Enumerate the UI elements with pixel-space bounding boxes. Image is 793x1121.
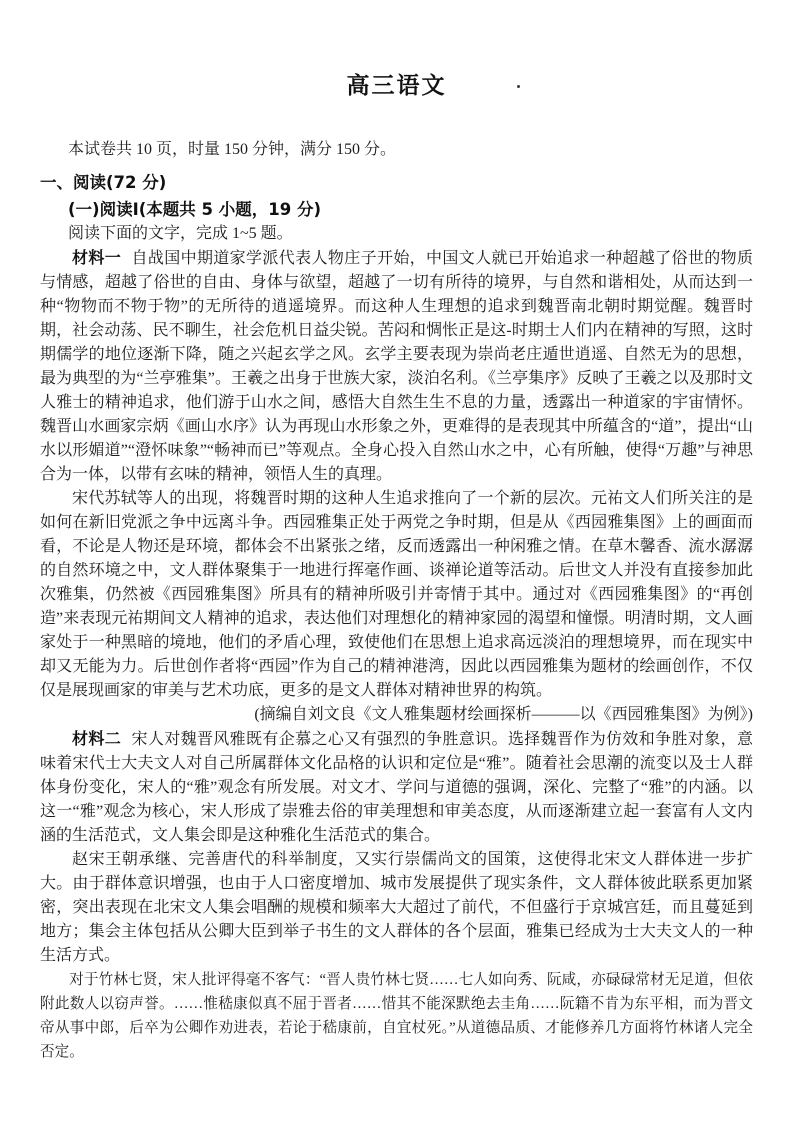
material2-paragraph-2: 赵宋王朝承继、完善唐代的科举制度，又实行崇儒尚文的国策，这使得北宋文人群体进一步… (40, 848, 753, 968)
material2-paragraph-1-text: 宋人对魏晋风雅既有企慕之心又有强烈的争胜意识。选择魏晋作为仿效和争胜对象，意味着… (40, 731, 753, 844)
exam-paper-page: 高三语文 本试卷共 10 页，时量 150 分钟，满分 150 分。 一、阅读(… (0, 0, 793, 1121)
material1-paragraph-1: 材料一自战国中期道家学派代表人物庄子开始，中国文人就已开始追求一种超越了俗世的物… (40, 246, 753, 487)
material1-paragraph-1-text: 自战国中期道家学派代表人物庄子开始，中国文人就已开始追求一种超越了俗世的物质与情… (40, 250, 753, 483)
exam-info-line: 本试卷共 10 页，时量 150 分钟，满分 150 分。 (40, 138, 753, 162)
material1-label: 材料一 (72, 248, 121, 267)
subsection-heading-reading1: (一)阅读Ⅰ(本题共 5 小题，19 分) (40, 197, 753, 222)
page-title: 高三语文 (40, 72, 753, 100)
material1-attribution: (摘编自刘文良《文人雅集题材绘画探析———以《西园雅集图》为例》) (40, 703, 753, 727)
material1-paragraph-2: 宋代苏轼等人的出现，将魏晋时期的这种人生追求推向了一个新的层次。元祐文人们所关注… (40, 487, 753, 703)
section-heading-reading: 一、阅读(72 分) (40, 170, 753, 195)
material2-quote-paragraph: 对于竹林七贤，宋人批评得毫不客气：“晋人贵竹林七贤……七人如向秀、阮咸，亦碌碌常… (40, 968, 753, 1064)
material2-paragraph-1: 材料二宋人对魏晋风雅既有企慕之心又有强烈的争胜意识。选择魏晋作为仿效和争胜对象，… (40, 727, 753, 848)
reading-instruction: 阅读下面的文字，完成 1~5 题。 (40, 222, 753, 246)
stray-mark-dot (517, 85, 520, 88)
material2-label: 材料二 (72, 729, 121, 748)
